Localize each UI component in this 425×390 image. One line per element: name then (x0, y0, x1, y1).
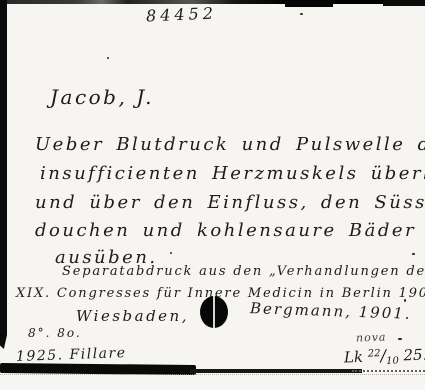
ink-speck (107, 57, 109, 59)
accession-number: 84452 (146, 3, 218, 25)
title-line-3: und über den Einfluss, den Süsswasser- (35, 192, 425, 213)
scan-border-bottom-dotted (352, 370, 425, 372)
ink-speck (398, 338, 402, 340)
scan-border-bottom-mid (190, 369, 362, 373)
ink-speck (404, 299, 406, 302)
date-annotation: Lk 22/10 25. (344, 345, 425, 369)
scan-border-top-blob-right (383, 0, 425, 6)
scribble-mark: nova (356, 330, 387, 344)
ink-speck (170, 252, 172, 254)
imprint-publisher-year: Bergmann, 1901. (250, 299, 412, 323)
date-year: 25. (403, 346, 425, 365)
scan-border-bottom-faint (0, 374, 425, 375)
title-line-2: insufficienten Herzmuskels überhaupt (40, 163, 425, 184)
catalog-card-scan: 84452 Jacob, J. Ueber Blutdruck und Puls… (0, 0, 425, 390)
date-month: 10 (386, 356, 399, 367)
title-line-1: Ueber Blutdruck und Pulswelle des (35, 134, 425, 155)
format-note: 8°. 8o. (28, 326, 82, 340)
scan-border-left (0, 0, 7, 349)
title-line-4: douchen und kohlensaure Bäder darauf (35, 220, 425, 241)
inventory-note: 1925. Fillare (16, 345, 127, 365)
scan-border-top-blob (285, 0, 333, 7)
source-note-line-1: Separatabdruck aus den „Verhandlungen de… (62, 264, 425, 279)
imprint-place: Wiesbaden, (76, 307, 189, 325)
ink-speck (300, 13, 303, 15)
author-name: Jacob, J. (50, 85, 154, 109)
ink-speck (412, 253, 415, 255)
punch-hole (200, 296, 228, 328)
date-initials: Lk (344, 348, 364, 367)
date-day: 22 (368, 348, 381, 359)
